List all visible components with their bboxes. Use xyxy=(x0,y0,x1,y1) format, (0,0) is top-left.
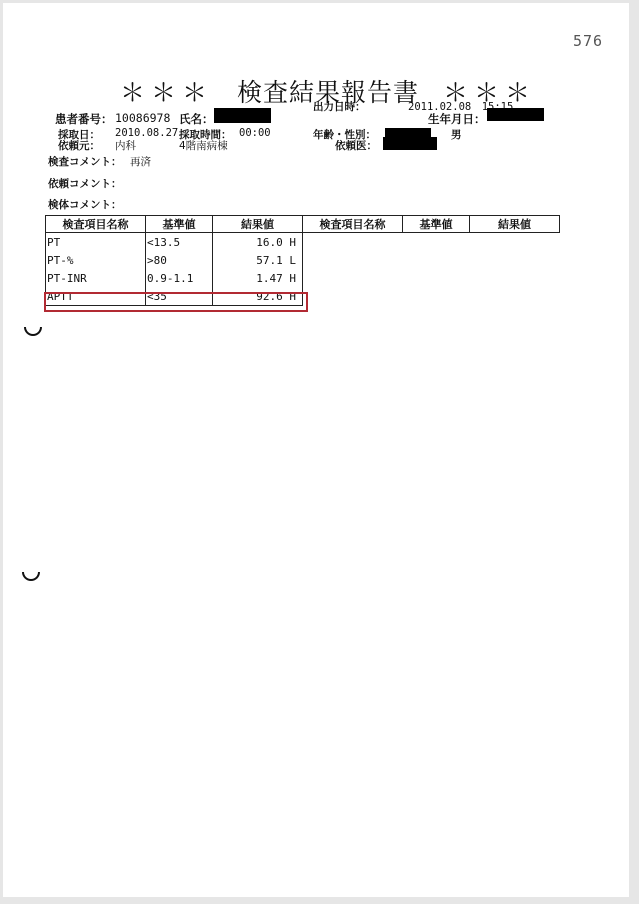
col-header-result-2: 結果値 xyxy=(470,216,560,233)
patient-name-label: 氏名： xyxy=(179,111,214,127)
specimen-comment-label: 検体コメント： xyxy=(48,197,122,212)
cell-result: 16.0 H xyxy=(213,233,303,252)
col-header-reference-2: 基準値 xyxy=(403,216,470,233)
cell-result: 57.1 L xyxy=(213,251,303,269)
table-header-row: 検査項目名称 基準値 結果値 検査項目名称 基準値 結果値 xyxy=(46,216,560,233)
page-number: 576 xyxy=(573,32,603,50)
aptt-highlight-box xyxy=(44,292,308,312)
requester-value: 内科 xyxy=(115,138,136,153)
ward-value: 4階南病棟 xyxy=(179,138,228,153)
table-row: PT-% >80 57.1 L xyxy=(46,251,560,269)
binder-hole-mark-bottom xyxy=(22,572,40,581)
patient-no-label: 患者番号： xyxy=(55,111,113,127)
title-stars-left: ＊＊＊ xyxy=(120,78,213,107)
requester-label: 依頼元： xyxy=(58,138,100,153)
col-header-item: 検査項目名称 xyxy=(46,216,146,233)
binder-hole-mark-top xyxy=(24,327,42,336)
test-comment-label: 検査コメント： xyxy=(48,154,122,169)
sex-value: 男 xyxy=(451,127,462,142)
cell-item: PT-% xyxy=(46,251,146,269)
cell-item: PT-INR xyxy=(46,269,146,287)
cell-reference: 0.9-1.1 xyxy=(146,269,213,287)
cell-result: 1.47 H xyxy=(213,269,303,287)
table-row: PT <13.5 16.0 H xyxy=(46,233,560,252)
col-header-item-2: 検査項目名称 xyxy=(303,216,403,233)
birthdate-label: 生年月日： xyxy=(428,111,486,127)
cell-reference: <13.5 xyxy=(146,233,213,252)
output-datetime-label: 出力日時： xyxy=(313,99,366,114)
col-header-reference: 基準値 xyxy=(146,216,213,233)
redacted-doctor xyxy=(383,137,437,150)
doctor-label: 依頼医： xyxy=(335,138,377,153)
redacted-birthdate xyxy=(487,108,544,121)
table-row: PT-INR 0.9-1.1 1.47 H xyxy=(46,269,560,287)
cell-reference: >80 xyxy=(146,251,213,269)
test-comment-value: 再済 xyxy=(130,154,151,169)
patient-no-value: 10086978 xyxy=(115,111,170,125)
request-comment-label: 依頼コメント： xyxy=(48,176,122,191)
cell-item: PT xyxy=(46,233,146,252)
report-page: 576 ＊＊＊検査結果報告書＊＊＊ 出力日時： 2011.02.08 15:15… xyxy=(3,3,629,897)
redacted-name xyxy=(214,108,271,123)
redacted-age xyxy=(385,128,431,137)
col-header-result: 結果値 xyxy=(213,216,303,233)
collection-time-value: 00:00 xyxy=(239,127,271,139)
